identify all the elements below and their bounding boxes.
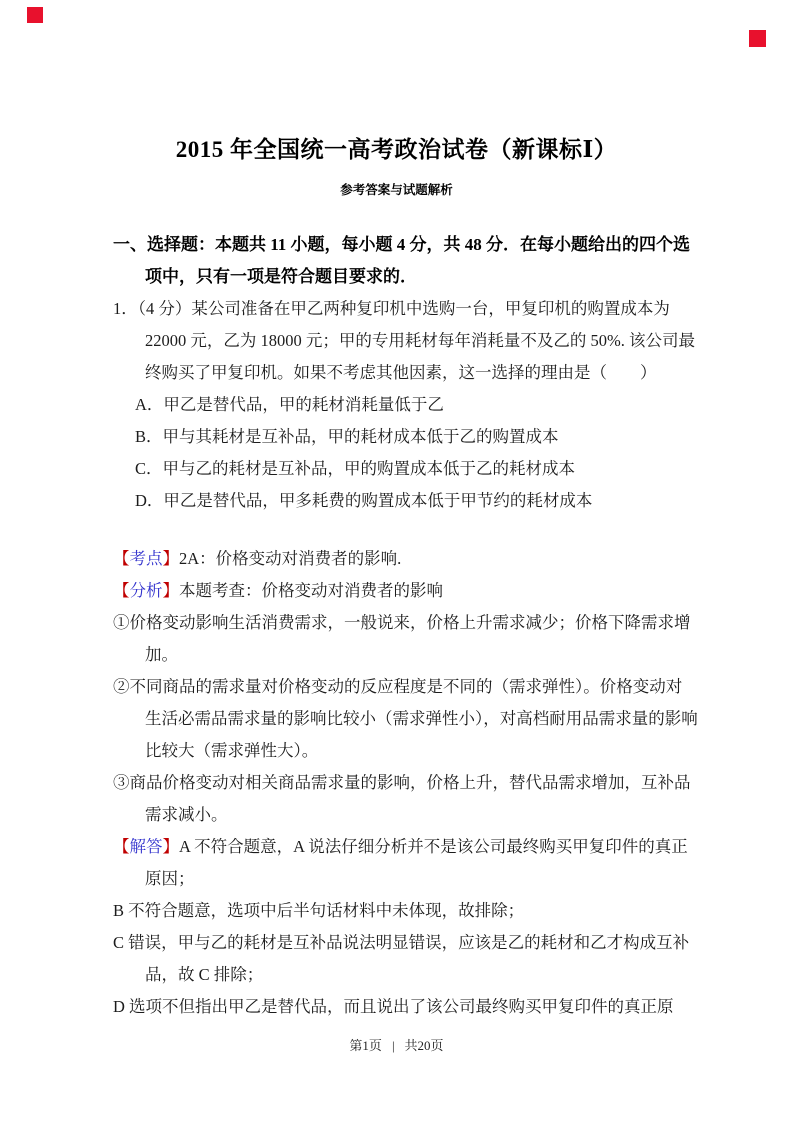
text-line: 需求减小。 bbox=[113, 799, 688, 831]
line-text: A 不符合题意，A 说法仔细分析并不是该公司最终购买甲复印件的真正 bbox=[179, 837, 688, 856]
text-line: 22000 元，乙为 18000 元；甲的专用耗材每年消耗量不及乙的 50%. … bbox=[113, 325, 688, 357]
text-line: ①价格变动影响生活消费需求，一般说来，价格上升需求减少；价格下降需求增 bbox=[113, 607, 688, 639]
text-line: 1．（4 分）某公司准备在甲乙两种复印机中选购一台，甲复印机的购置成本为 bbox=[113, 293, 688, 325]
tag-label: 分析 bbox=[130, 581, 163, 600]
text-line: 【考点】2A：价格变动对消费者的影响. bbox=[113, 543, 688, 575]
text-line: C．甲与乙的耗材是互补品，甲的购置成本低于乙的耗材成本 bbox=[113, 453, 688, 485]
page-footer: 第1页|共20页 bbox=[0, 1036, 793, 1056]
text-line: ②不同商品的需求量对价格变动的反应程度是不同的（需求弹性）。价格变动对 bbox=[113, 671, 688, 703]
document-body: 一、选择题：本题共 11 小题，每小题 4 分，共 48 分．在每小题给出的四个… bbox=[113, 229, 688, 1023]
text-line: B．甲与其耗材是互补品，甲的耗材成本低于乙的购置成本 bbox=[113, 421, 688, 453]
question-1-analysis: 【考点】2A：价格变动对消费者的影响.【分析】本题考查：价格变动对消费者的影响①… bbox=[113, 543, 688, 1023]
question-1: 1．（4 分）某公司准备在甲乙两种复印机中选购一台，甲复印机的购置成本为2200… bbox=[113, 293, 688, 517]
text-line: 品，故 C 排除； bbox=[113, 959, 688, 991]
footer-separator: | bbox=[392, 1038, 395, 1053]
text-line: D 选项不但指出甲乙是替代品，而且说出了该公司最终购买甲复印件的真正原 bbox=[113, 991, 688, 1023]
text-line: 生活必需品需求量的影响比较小（需求弹性小），对高档耐用品需求量的影响 bbox=[113, 703, 688, 735]
text-line: B 不符合题意，选项中后半句话材料中未体现，故排除； bbox=[113, 895, 688, 927]
text-line: ③商品价格变动对相关商品需求量的影响，价格上升，替代品需求增加，互补品 bbox=[113, 767, 688, 799]
line-text: 本题考查：价格变动对消费者的影响 bbox=[179, 581, 443, 600]
tag-bracket-open: 【 bbox=[113, 549, 130, 568]
footer-total-pages: 共20页 bbox=[405, 1038, 444, 1053]
tag-bracket-close: 】 bbox=[163, 581, 180, 600]
tag-label: 解答 bbox=[130, 837, 163, 856]
text-line: 终购买了甲复印机。如果不考虑其他因素，这一选择的理由是（ ） bbox=[113, 357, 688, 389]
text-line: D．甲乙是替代品，甲多耗费的购置成本低于甲节约的耗材成本 bbox=[113, 485, 688, 517]
text-line: 项中，只有一项是符合题目要求的． bbox=[113, 261, 688, 293]
tag-label: 考点 bbox=[130, 549, 163, 568]
text-line: A．甲乙是替代品，甲的耗材消耗量低于乙 bbox=[113, 389, 688, 421]
tag-bracket-open: 【 bbox=[113, 837, 130, 856]
footer-page-number: 第1页 bbox=[349, 1038, 382, 1053]
tag-bracket-open: 【 bbox=[113, 581, 130, 600]
text-line: 加。 bbox=[113, 639, 688, 671]
text-line: 【解答】A 不符合题意，A 说法仔细分析并不是该公司最终购买甲复印件的真正 bbox=[113, 831, 688, 863]
red-corner-mark-left bbox=[27, 7, 43, 23]
text-line: 原因； bbox=[113, 863, 688, 895]
text-line: 【分析】本题考查：价格变动对消费者的影响 bbox=[113, 575, 688, 607]
page-title: 2015 年全国统一高考政治试卷（新课标Ⅰ） bbox=[0, 131, 793, 164]
text-line: 一、选择题：本题共 11 小题，每小题 4 分，共 48 分．在每小题给出的四个… bbox=[113, 229, 688, 261]
tag-bracket-close: 】 bbox=[163, 837, 180, 856]
red-corner-mark-right bbox=[749, 30, 766, 47]
text-line: 比较大（需求弹性大）。 bbox=[113, 735, 688, 767]
text-line: C 错误，甲与乙的耗材是互补品说法明显错误，应该是乙的耗材和乙才构成互补 bbox=[113, 927, 688, 959]
section-heading: 一、选择题：本题共 11 小题，每小题 4 分，共 48 分．在每小题给出的四个… bbox=[113, 229, 688, 293]
line-text: 2A：价格变动对消费者的影响. bbox=[179, 549, 401, 568]
page-subtitle: 参考答案与试题解析 bbox=[0, 180, 793, 198]
tag-bracket-close: 】 bbox=[163, 549, 180, 568]
document-page: 2015 年全国统一高考政治试卷（新课标Ⅰ） 参考答案与试题解析 一、选择题：本… bbox=[0, 0, 793, 1122]
